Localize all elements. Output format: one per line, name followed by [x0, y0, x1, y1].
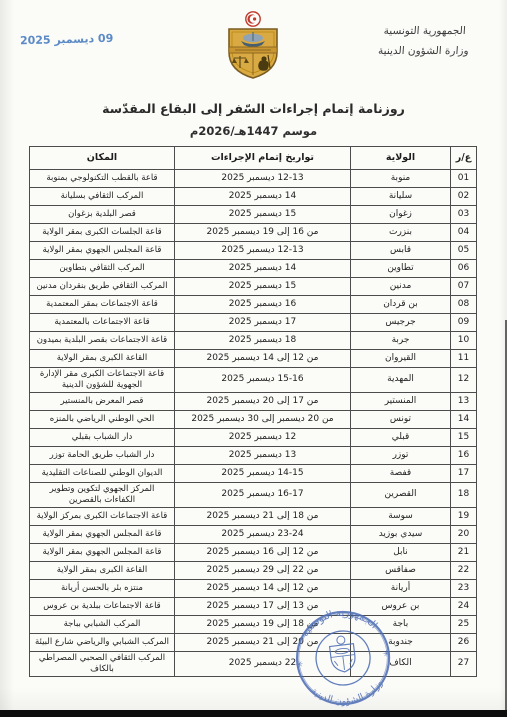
row-place: المركز الجهوي لتكوين وتطوير الكفاءات بال…	[30, 483, 175, 508]
date-stamp: 09 ديسمبر 2025	[20, 32, 114, 47]
row-place: الديوان الوطني للصناعات التقليدية	[30, 465, 175, 483]
seal-bottom-text: وزارة الشؤون الدينية	[308, 677, 387, 711]
row-dates: 16 ديسمبر 2025	[175, 296, 351, 314]
row-place: دار الشباب طريق الحامة توزر	[30, 447, 175, 465]
row-number: 07	[451, 278, 477, 296]
row-dates: 15 ديسمبر 2025	[175, 206, 351, 224]
scan-edge-bottom	[0, 710, 507, 717]
row-wilaya: القصرين	[351, 483, 451, 508]
table-row: 08 بن قردان 16 ديسمبر 2025 قاعة الاجتماع…	[30, 296, 477, 314]
row-number: 27	[451, 652, 477, 677]
table-row: 11 القيروان من 12 إلى 14 ديسمبر 2025 الق…	[30, 350, 477, 368]
row-number: 02	[451, 188, 477, 206]
row-place: قاعة بالقطب التكنولوجي بمنوبة	[30, 170, 175, 188]
table-row: 16 توزر 13 ديسمبر 2025 دار الشباب طريق ا…	[30, 447, 477, 465]
row-place: قصر المعرض بالمنستير	[30, 393, 175, 411]
row-number: 22	[451, 562, 477, 580]
row-wilaya: منوبة	[351, 170, 451, 188]
table-row: 23 أريانة من 12 إلى 14 ديسمبر 2025 منتزه…	[30, 580, 477, 598]
table-header-row: ع/ر الولاية تواريخ إتمام الإجراءات المكا…	[30, 147, 477, 170]
row-number: 09	[451, 314, 477, 332]
row-number: 13	[451, 393, 477, 411]
table-row: 04 بنزرت من 16 إلى 19 ديسمبر 2025 قاعة ا…	[30, 224, 477, 242]
row-wilaya: الكاف	[351, 652, 451, 677]
row-place: قاعة الاجتماعات بالمعتمدية	[30, 314, 175, 332]
row-dates: 15-16 ديسمبر 2025	[175, 368, 351, 393]
row-dates: 15 ديسمبر 2025	[175, 278, 351, 296]
header-wilaya: الولاية	[351, 147, 451, 170]
row-dates: من 17 إلى 20 ديسمبر 2025	[175, 393, 351, 411]
row-place: قصر البلدية بزغوان	[30, 206, 175, 224]
row-wilaya: جرجيس	[351, 314, 451, 332]
row-wilaya: المهدية	[351, 368, 451, 393]
row-place: قاعة الاجتماعات بقصر البلدية بميدون	[30, 332, 175, 350]
ministry-name: وزارة الشؤون الدينية	[358, 42, 489, 62]
table-row: 26 جندوبة من 20 إلى 21 ديسمبر 2025 المرك…	[30, 634, 477, 652]
table-row: 17 قفصة 14-15 ديسمبر 2025 الديوان الوطني…	[30, 465, 477, 483]
row-place: الحي الوطني الرياضي بالمنزه	[30, 411, 175, 429]
row-wilaya: بن قردان	[351, 296, 451, 314]
table-row: 18 القصرين 16-17 ديسمبر 2025 المركز الجه…	[30, 483, 477, 508]
row-wilaya: بن عروس	[351, 598, 451, 616]
row-place: القاعة الكبرى بمقر الولاية	[30, 562, 175, 580]
row-dates: 13 ديسمبر 2025	[175, 447, 351, 465]
row-number: 11	[451, 350, 477, 368]
row-dates: 14 ديسمبر 2025	[175, 260, 351, 278]
row-dates: من 13 إلى 17 ديسمبر 2025	[175, 598, 351, 616]
row-place: قاعة الجلسات الكبرى بمقر الولاية	[30, 224, 175, 242]
row-number: 19	[451, 508, 477, 526]
table-row: 02 سليانة 14 ديسمبر 2025 المركب الثقافي …	[30, 188, 477, 206]
row-number: 23	[451, 580, 477, 598]
svg-text:وزارة الشؤون الدينية: وزارة الشؤون الدينية	[308, 677, 387, 711]
tunisia-coat-of-arms-icon	[223, 10, 283, 82]
table-row: 27 الكاف 22 ديسمبر 2025 المركب الثقافي ا…	[30, 652, 477, 677]
row-number: 10	[451, 332, 477, 350]
row-wilaya: صفاقس	[351, 562, 451, 580]
row-wilaya: توزر	[351, 447, 451, 465]
table-row: 19 سوسة من 18 إلى 21 ديسمبر 2025 قاعة ال…	[30, 508, 477, 526]
row-wilaya: قفصة	[351, 465, 451, 483]
page-subtitle: موسم 1447هـ/2026م	[0, 124, 507, 138]
row-dates: من 12 إلى 16 ديسمبر 2025	[175, 544, 351, 562]
row-wilaya: تونس	[351, 411, 451, 429]
row-number: 17	[451, 465, 477, 483]
row-place: منتزه بئر بالحسن أريانة	[30, 580, 175, 598]
row-number: 14	[451, 411, 477, 429]
row-place: المركب الشبابي والرياضي شارع البيئة	[30, 634, 175, 652]
row-place: قاعة الاجتماعات الكبرى بمركز الولاية	[30, 508, 175, 526]
row-place: قاعة الاجتماعات بمقر المعتمدية	[30, 296, 175, 314]
row-dates: 12-13 ديسمبر 2025	[175, 170, 351, 188]
row-number: 04	[451, 224, 477, 242]
table-row: 09 جرجيس 17 ديسمبر 2025 قاعة الاجتماعات …	[30, 314, 477, 332]
header-number: ع/ر	[451, 147, 477, 170]
row-number: 21	[451, 544, 477, 562]
row-place: المركب الثقافي الصحبي المصراطي بالكاف	[30, 652, 175, 677]
row-number: 26	[451, 634, 477, 652]
row-wilaya: نابل	[351, 544, 451, 562]
row-wilaya: مدنين	[351, 278, 451, 296]
table-row: 07 مدنين 15 ديسمبر 2025 المركب الثقافي ط…	[30, 278, 477, 296]
row-place: دار الشباب بقبلي	[30, 429, 175, 447]
row-place: قاعة الاجتماعات ببلدية بن عروس	[30, 598, 175, 616]
schedule-table: ع/ر الولاية تواريخ إتمام الإجراءات المكا…	[29, 146, 477, 677]
table-row: 01 منوبة 12-13 ديسمبر 2025 قاعة بالقطب ا…	[30, 170, 477, 188]
table-row: 10 جربة 18 ديسمبر 2025 قاعة الاجتماعات ب…	[30, 332, 477, 350]
row-dates: 12-13 ديسمبر 2025	[175, 242, 351, 260]
row-place: المركب الثقافي طريق بنقردان مدنين	[30, 278, 175, 296]
row-dates: من 12 إلى 14 ديسمبر 2025	[175, 580, 351, 598]
row-wilaya: قبلي	[351, 429, 451, 447]
header-dates: تواريخ إتمام الإجراءات	[175, 147, 351, 170]
row-dates: 22 ديسمبر 2025	[175, 652, 351, 677]
row-number: 05	[451, 242, 477, 260]
schedule-table-body: 01 منوبة 12-13 ديسمبر 2025 قاعة بالقطب ا…	[30, 170, 477, 677]
row-number: 20	[451, 526, 477, 544]
row-number: 16	[451, 447, 477, 465]
row-place: قاعة المجلس الجهوي بمقر الولاية	[30, 242, 175, 260]
table-row: 15 قبلي 12 ديسمبر 2025 دار الشباب بقبلي	[30, 429, 477, 447]
row-place: قاعة الاجتماعات الكبرى مقر الإدارة الجهو…	[30, 368, 175, 393]
row-place: المركب الشبابي بباجة	[30, 616, 175, 634]
row-dates: 12 ديسمبر 2025	[175, 429, 351, 447]
row-wilaya: باجة	[351, 616, 451, 634]
row-dates: من 18 إلى 21 ديسمبر 2025	[175, 508, 351, 526]
row-wilaya: تطاوين	[351, 260, 451, 278]
row-dates: من 20 إلى 21 ديسمبر 2025	[175, 634, 351, 652]
row-wilaya: سوسة	[351, 508, 451, 526]
row-wilaya: جربة	[351, 332, 451, 350]
row-place: المركب الثقافي بسليانة	[30, 188, 175, 206]
table-row: 24 بن عروس من 13 إلى 17 ديسمبر 2025 قاعة…	[30, 598, 477, 616]
row-wilaya: سيدي بوزيد	[351, 526, 451, 544]
letterhead: الجمهورية التونسية وزارة الشؤون الدينية	[358, 22, 491, 62]
row-number: 24	[451, 598, 477, 616]
row-dates: من 22 إلى 29 ديسمبر 2025	[175, 562, 351, 580]
table-row: 03 زغوان 15 ديسمبر 2025 قصر البلدية بزغو…	[30, 206, 477, 224]
row-wilaya: بنزرت	[351, 224, 451, 242]
row-wilaya: المنستير	[351, 393, 451, 411]
table-row: 05 قابس 12-13 ديسمبر 2025 قاعة المجلس ال…	[30, 242, 477, 260]
row-place: القاعة الكبرى بمقر الولاية	[30, 350, 175, 368]
row-wilaya: القيروان	[351, 350, 451, 368]
table-row: 21 نابل من 12 إلى 16 ديسمبر 2025 قاعة ال…	[30, 544, 477, 562]
row-place: قاعة المجلس الجهوي بمقر الولاية	[30, 526, 175, 544]
row-number: 03	[451, 206, 477, 224]
row-dates: 16-17 ديسمبر 2025	[175, 483, 351, 508]
table-row: 06 تطاوين 14 ديسمبر 2025 المركب الثقافي …	[30, 260, 477, 278]
row-dates: 14 ديسمبر 2025	[175, 188, 351, 206]
row-dates: من 16 إلى 19 ديسمبر 2025	[175, 224, 351, 242]
table-row: 14 تونس من 20 ديسمبر إلى 30 ديسمبر 2025 …	[30, 411, 477, 429]
table-row: 25 باجة من 18 إلى 19 ديسمبر 2025 المركب …	[30, 616, 477, 634]
row-dates: من 20 ديسمبر إلى 30 ديسمبر 2025	[175, 411, 351, 429]
table-row: 20 سيدي بوزيد 23-24 ديسمبر 2025 قاعة الم…	[30, 526, 477, 544]
row-place: المركب الثقافي بتطاوين	[30, 260, 175, 278]
header-place: المكان	[30, 147, 175, 170]
table-row: 13 المنستير من 17 إلى 20 ديسمبر 2025 قصر…	[30, 393, 477, 411]
republic-name: الجمهورية التونسية	[359, 22, 490, 42]
scanned-document-page: 09 ديسمبر 2025 الجمهورية التونسية وزارة …	[0, 0, 507, 717]
row-number: 15	[451, 429, 477, 447]
row-dates: من 18 إلى 19 ديسمبر 2025	[175, 616, 351, 634]
row-wilaya: أريانة	[351, 580, 451, 598]
row-wilaya: جندوبة	[351, 634, 451, 652]
row-dates: 14-15 ديسمبر 2025	[175, 465, 351, 483]
row-number: 08	[451, 296, 477, 314]
row-number: 12	[451, 368, 477, 393]
row-number: 18	[451, 483, 477, 508]
row-dates: 23-24 ديسمبر 2025	[175, 526, 351, 544]
row-dates: 17 ديسمبر 2025	[175, 314, 351, 332]
row-dates: 18 ديسمبر 2025	[175, 332, 351, 350]
row-wilaya: قابس	[351, 242, 451, 260]
row-number: 01	[451, 170, 477, 188]
row-place: قاعة المجلس الجهوي بمقر الولاية	[30, 544, 175, 562]
table-row: 12 المهدية 15-16 ديسمبر 2025 قاعة الاجتم…	[30, 368, 477, 393]
row-number: 25	[451, 616, 477, 634]
page-title: روزنامة إتمام إجراءات السّفر إلى البقاع …	[0, 101, 507, 116]
row-dates: من 12 إلى 14 ديسمبر 2025	[175, 350, 351, 368]
row-wilaya: زغوان	[351, 206, 451, 224]
table-row: 22 صفاقس من 22 إلى 29 ديسمبر 2025 القاعة…	[30, 562, 477, 580]
row-wilaya: سليانة	[351, 188, 451, 206]
row-number: 06	[451, 260, 477, 278]
